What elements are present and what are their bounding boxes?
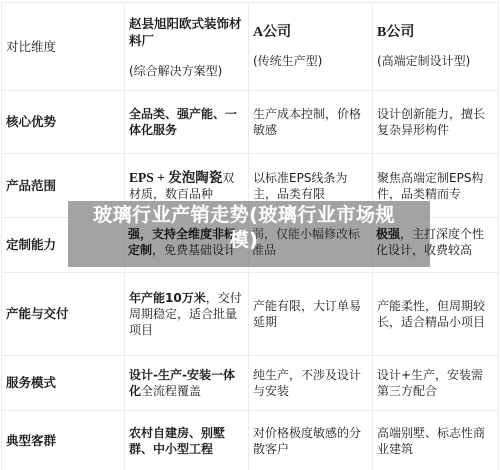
col2-text: 对价格极度敏感的分散客户: [253, 426, 361, 456]
col3-cell: 设计+生产，安装需第三方配合: [373, 356, 499, 411]
col1-company-type: (综合解决方案型): [129, 63, 244, 79]
col3-text: 聚焦高端定制EPS构件，品类精而专: [377, 171, 483, 201]
col2-cell: 纯生产，不涉及设计与安装: [249, 356, 373, 411]
col1-bold-text: EPS + 发泡陶瓷: [129, 170, 222, 185]
col2-cell: 生产成本控制，价格敏感: [249, 91, 373, 154]
col3-company-name: B公司: [377, 24, 494, 41]
col2-text: 产能有限，大订单易延期: [253, 299, 361, 329]
col1-bold-text: 农村自建房、别墅群、中小型工程: [129, 426, 225, 456]
dimension-label: 服务模式: [6, 375, 56, 390]
overlay-title-line1: 玻璃行业产销走势(玻璃行业市场规: [84, 203, 404, 228]
col1-cell: 全品类、强产能、一体化服务: [125, 91, 249, 154]
col2-text: 纯生产，不涉及设计与安装: [253, 368, 361, 398]
col2-cell: 产能有限，大订单易延期: [249, 273, 373, 356]
col1-cell: 农村自建房、别墅群、中小型工程: [125, 411, 249, 470]
col1-cell: 设计-生产-安装一体化全流程覆盖: [125, 356, 249, 411]
col3-text: 产能柔性，但周期较长，适合精品小项目: [377, 299, 485, 329]
table-row: 典型客群 农村自建房、别墅群、中小型工程 对价格极度敏感的分散客户 高端别墅、标…: [2, 411, 499, 470]
col1-bold-text: 年产能10万米: [129, 291, 206, 305]
col2-cell: 对价格极度敏感的分散客户: [249, 411, 373, 470]
col3-cell: 产能柔性，但周期较长，适合精品小项目: [373, 273, 499, 356]
header-dimension-cell: 对比维度: [2, 3, 125, 91]
col3-company-type: (高端定制设计型): [377, 53, 494, 69]
dimension-cell: 产能与交付: [2, 273, 125, 356]
col1-company-name: 赵县旭阳欧式装饰材料厂: [129, 15, 244, 49]
overlay-title-line2: 模): [84, 228, 404, 253]
col3-line1-rest: ，主打深度个性: [400, 227, 484, 241]
dimension-label: 典型客群: [6, 433, 56, 448]
dimension-cell: 核心优势: [2, 91, 125, 154]
dimension-label: 产品范围: [6, 178, 56, 193]
col2-company-type: (传统生产型): [253, 53, 368, 69]
col2-text: 以标准EPS线条为主，品类有限: [253, 171, 347, 201]
table-row: 服务模式 设计-生产-安装一体化全流程覆盖 纯生产，不涉及设计与安装 设计+生产…: [2, 356, 499, 411]
col2-company-name: A公司: [253, 24, 368, 41]
col1-bold-text: 全品类、强产能、一体化服务: [129, 107, 237, 137]
header-col3-cell: B公司 (高端定制设计型): [373, 3, 499, 91]
header-col1-cell: 赵县旭阳欧式装饰材料厂 (综合解决方案型): [125, 3, 249, 91]
col3-text: 设计+生产，安装需第三方配合: [377, 368, 483, 398]
dimension-label: 定制能力: [6, 237, 56, 252]
dimension-header-label: 对比维度: [6, 39, 56, 54]
dimension-cell: 典型客群: [2, 411, 125, 470]
dimension-cell: 服务模式: [2, 356, 125, 411]
col1-cell: 年产能10万米，交付周期稳定，适合批量项目: [125, 273, 249, 356]
table-row: 产能与交付 年产能10万米，交付周期稳定，适合批量项目 产能有限，大订单易延期 …: [2, 273, 499, 356]
col3-cell: 高端别墅、标志性商业建筑: [373, 411, 499, 470]
overlay-title: 玻璃行业产销走势(玻璃行业市场规 模): [84, 203, 404, 253]
dimension-label: 产能与交付: [6, 306, 69, 321]
col1-text: 全流程覆盖: [141, 384, 201, 398]
dimension-label: 核心优势: [6, 114, 56, 129]
col3-cell: 设计创新能力，擅长复杂异形构件: [373, 91, 499, 154]
header-col2-cell: A公司 (传统生产型): [249, 3, 373, 91]
col3-text: 设计创新能力，擅长复杂异形构件: [377, 107, 485, 137]
col2-text: 生产成本控制，价格敏感: [253, 107, 361, 137]
table-row: 核心优势 全品类、强产能、一体化服务 生产成本控制，价格敏感 设计创新能力，擅长…: [2, 91, 499, 154]
col3-text: 高端别墅、标志性商业建筑: [377, 426, 485, 456]
table-header-row: 对比维度 赵县旭阳欧式装饰材料厂 (综合解决方案型) A公司 (传统生产型) B…: [2, 3, 499, 91]
